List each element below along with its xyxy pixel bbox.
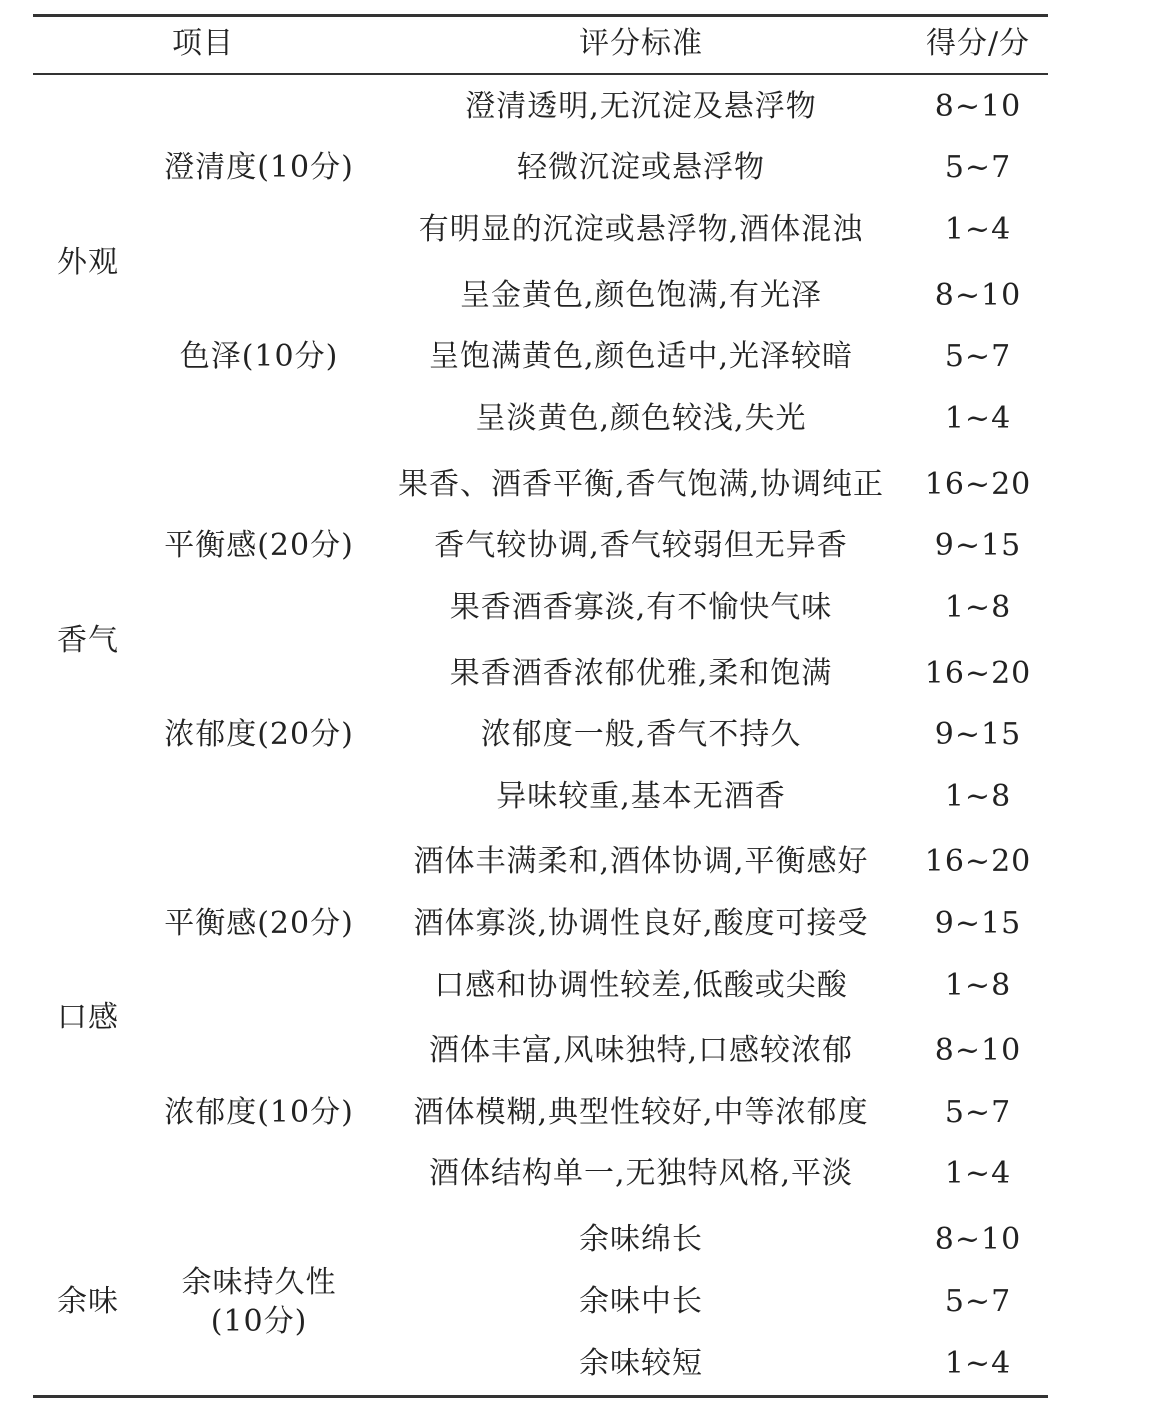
category-label: 口感 (57, 1000, 119, 1036)
score-cell: 5~7 (945, 1284, 1011, 1320)
subitem-label: 平衡感(20分) (164, 906, 354, 942)
header-criteria: 评分标准 (579, 26, 703, 62)
score-cell: 9~15 (935, 528, 1021, 564)
category-label: 余味 (57, 1284, 119, 1320)
rule-bottom (33, 1395, 1048, 1398)
criteria-cell: 果香酒香寡淡,有不愉快气味 (450, 590, 833, 626)
subitem-label: 色泽(10分) (180, 339, 339, 375)
score-cell: 1~8 (945, 779, 1011, 815)
criteria-cell: 轻微沉淀或悬浮物 (517, 150, 765, 186)
rule-header (33, 73, 1048, 75)
criteria-cell: 呈饱满黄色,颜色适中,光泽较暗 (429, 339, 853, 375)
header-item: 项目 (172, 26, 234, 62)
score-cell: 1~4 (945, 1156, 1011, 1192)
subitem-label: 澄清度(10分) (164, 150, 354, 186)
score-cell: 9~15 (935, 717, 1021, 753)
criteria-cell: 果香酒香浓郁优雅,柔和饱满 (450, 656, 833, 692)
score-cell: 5~7 (945, 150, 1011, 186)
rule-top (33, 14, 1048, 17)
score-cell: 16~20 (925, 467, 1031, 503)
score-cell: 5~7 (945, 1095, 1011, 1131)
score-cell: 1~4 (945, 212, 1011, 248)
score-cell: 5~7 (945, 339, 1011, 375)
score-cell: 1~4 (945, 1346, 1011, 1382)
criteria-cell: 余味中长 (579, 1284, 703, 1320)
criteria-cell: 呈淡黄色,颜色较浅,失光 (475, 401, 806, 437)
criteria-cell: 酒体丰富,风味独特,口感较浓郁 (429, 1033, 853, 1069)
score-cell: 8~10 (935, 1222, 1021, 1258)
score-cell: 8~10 (935, 89, 1021, 125)
category-label: 外观 (57, 245, 119, 281)
score-cell: 8~10 (935, 278, 1021, 314)
score-cell: 1~8 (945, 968, 1011, 1004)
criteria-cell: 异味较重,基本无酒香 (496, 779, 786, 815)
score-cell: 16~20 (925, 656, 1031, 692)
criteria-cell: 呈金黄色,颜色饱满,有光泽 (460, 278, 822, 314)
score-cell: 16~20 (925, 844, 1031, 880)
subitem-label: 浓郁度(10分) (164, 1095, 354, 1131)
header-score: 得分/分 (926, 26, 1030, 62)
subitem-label: (10分) (211, 1304, 308, 1340)
criteria-cell: 余味绵长 (579, 1222, 703, 1258)
score-cell: 8~10 (935, 1033, 1021, 1069)
subitem-label: 浓郁度(20分) (164, 717, 354, 753)
subitem-label: 平衡感(20分) (164, 528, 354, 564)
criteria-cell: 酒体寡淡,协调性良好,酸度可接受 (413, 906, 868, 942)
score-cell: 9~15 (935, 906, 1021, 942)
score-cell: 1~4 (945, 401, 1011, 437)
criteria-cell: 酒体结构单一,无独特风格,平淡 (429, 1156, 853, 1192)
criteria-cell: 口感和协调性较差,低酸或尖酸 (434, 968, 848, 1004)
score-cell: 1~8 (945, 590, 1011, 626)
subitem-label: 余味持久性 (182, 1265, 337, 1301)
criteria-cell: 香气较协调,香气较弱但无异香 (434, 528, 848, 564)
criteria-cell: 果香、酒香平衡,香气饱满,协调纯正 (398, 467, 884, 503)
criteria-cell: 酒体模糊,典型性较好,中等浓郁度 (413, 1095, 868, 1131)
criteria-cell: 余味较短 (579, 1346, 703, 1382)
category-label: 香气 (57, 623, 119, 659)
criteria-cell: 浓郁度一般,香气不持久 (481, 717, 802, 753)
criteria-cell: 酒体丰满柔和,酒体协调,平衡感好 (413, 844, 868, 880)
criteria-cell: 有明显的沉淀或悬浮物,酒体混浊 (419, 212, 864, 248)
criteria-cell: 澄清透明,无沉淀及悬浮物 (465, 89, 817, 125)
